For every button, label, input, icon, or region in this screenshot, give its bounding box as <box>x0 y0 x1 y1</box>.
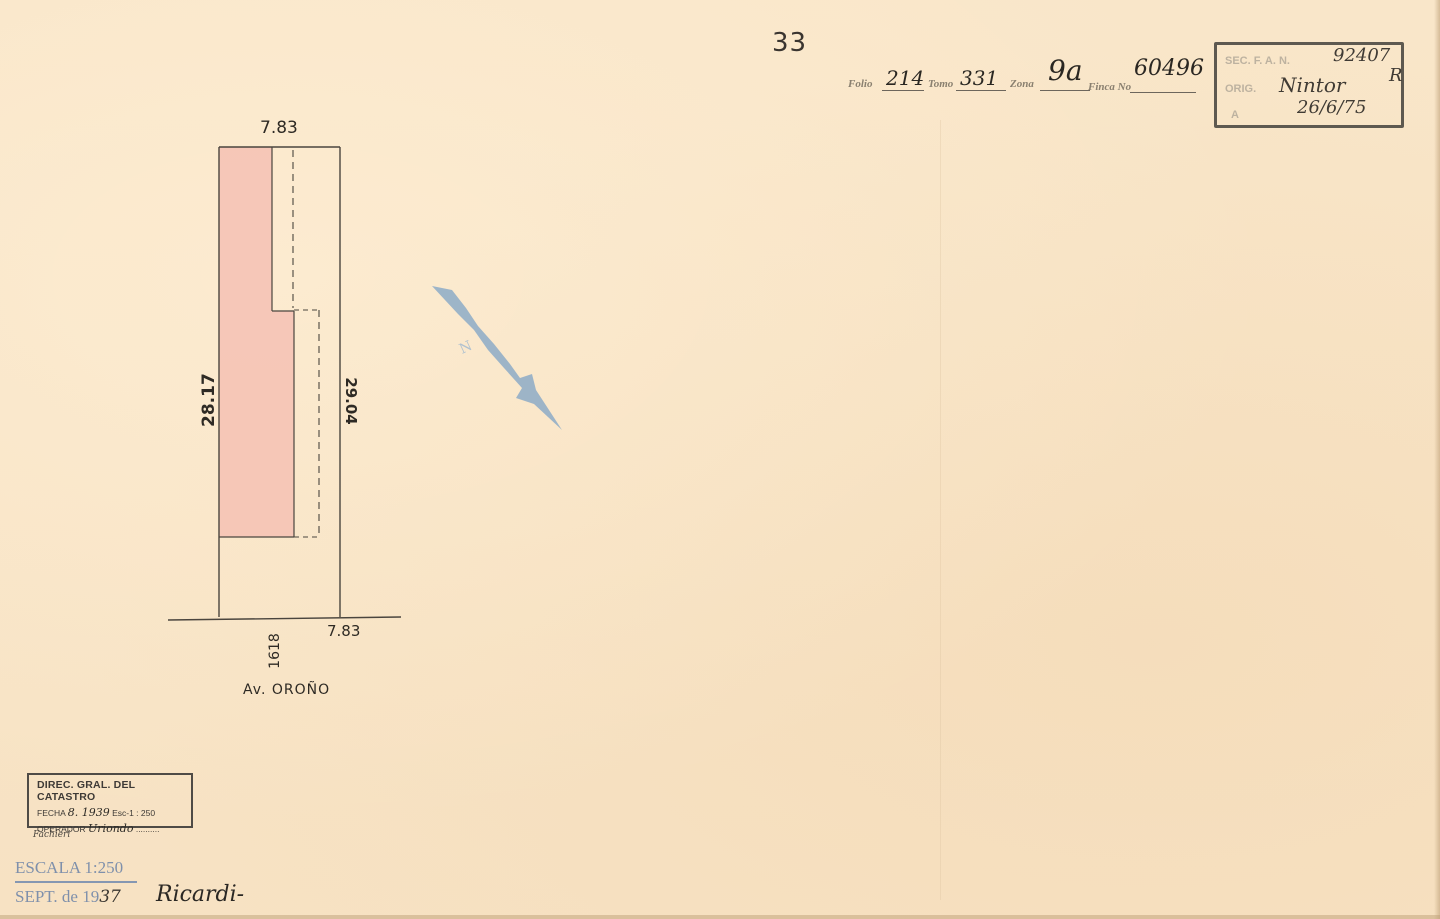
operador-dots: .......... <box>136 824 160 834</box>
street-number: 1618 <box>267 631 283 671</box>
surveyor-signature: Ricardi- <box>156 882 244 907</box>
svg-text:N: N <box>457 338 475 358</box>
scale-label: ESCALA 1:250 <box>15 858 123 878</box>
street-name: Av. OROÑO <box>243 682 330 698</box>
fecha-label: FECHA <box>37 808 65 818</box>
date-line: SEPT. de 1937 <box>15 887 121 907</box>
plot-plan-drawing: N <box>0 0 1440 919</box>
north-arrow-icon <box>432 286 562 430</box>
scale-rule <box>15 881 137 883</box>
lot-fill <box>219 147 294 537</box>
operador-value: Uriondo <box>88 822 133 835</box>
dim-bottom-width: 7.83 <box>327 622 360 640</box>
catastro-initials: Fachieri <box>33 830 70 840</box>
catastro-stamp: DIREC. GRAL. DEL CATASTRO FECHA 8. 1939 … <box>27 773 193 828</box>
catastro-fecha-row: FECHA 8. 1939 Esc-1 : 250 <box>37 806 185 819</box>
date-label: SEPT. de 19 <box>15 887 99 906</box>
dim-top-width: 7.83 <box>260 118 298 138</box>
dim-right-length: 29.04 <box>342 376 360 426</box>
catastro-title: DIREC. GRAL. DEL CATASTRO <box>37 779 185 803</box>
fecha-value: 8. 1939 <box>68 806 110 819</box>
date-year-suffix: 37 <box>99 887 121 907</box>
escala-label: Esc-1 : 250 <box>112 808 155 818</box>
dim-left-length: 28.17 <box>199 377 219 427</box>
